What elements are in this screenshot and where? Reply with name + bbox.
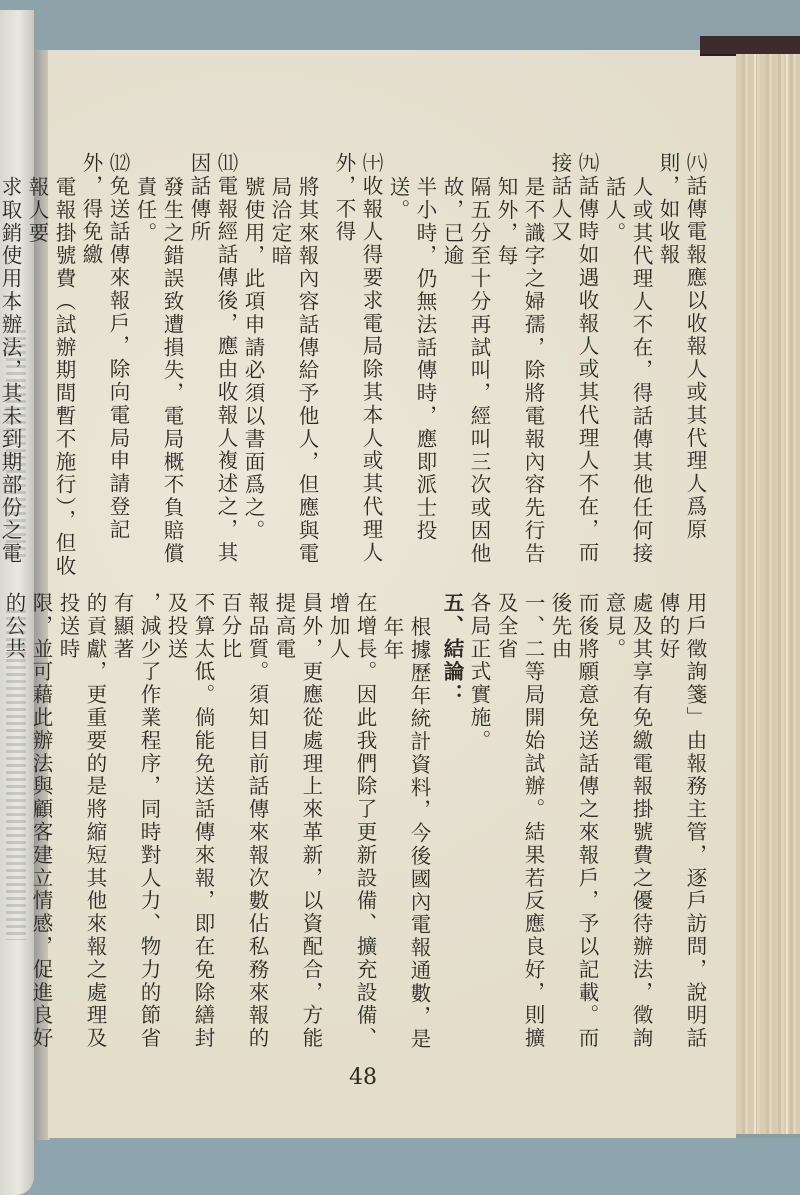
text-line: 收報人得要求電局除其本人或其代理人外，不得 — [332, 152, 383, 564]
item-marker: ⑿ — [106, 152, 130, 175]
book-cover-edge — [700, 36, 800, 56]
text-line: 將其來報內容話傳給予他人，但應與電局洽定暗 — [266, 152, 320, 582]
page-stack-line — [786, 54, 788, 1134]
text-band-upper: ㈧話傳電報應以收報人或其代理人爲原則，如收報 人或其代理人不在，得話傳其他任何接… — [88, 152, 708, 582]
text-line: 電報掛號費（試辦期間暫不施行），但收報人要 — [23, 152, 77, 582]
page-stack-edge — [736, 54, 800, 1134]
text-line: 報品質。須知目前話傳來報次數佔私務來報的百分比 — [216, 592, 270, 1052]
text-line: 在增長。因此我們除了更新設備、擴充設備、增加人 — [324, 592, 378, 1052]
text-line: 限，並可藉此辦法與顧客建立情感，促進良好的公共 — [0, 592, 54, 1052]
text-line: 根據歷年統計資料，今後國內電報通數，是年年 — [378, 592, 432, 1052]
page-number: 48 — [349, 1065, 377, 1090]
text-line: 免送話傳來報戶，除向電局申請登記外，得免繳 — [79, 152, 130, 541]
item-12: ⑿免送話傳來報戶，除向電局申請登記外，得免繳 — [77, 152, 131, 582]
section-heading-5: 五、結論： — [438, 592, 465, 1052]
text-line: 用戶徵詢箋」由報務主管，逐戶訪問，說明話傳的好 — [654, 592, 708, 1052]
item-11: ⑾電報經話傳後，應由收報人複述之，其因話傳所 — [185, 152, 239, 582]
text-line: 號使用，此項申請必須以書面爲之。 — [239, 152, 266, 582]
background-bottom — [0, 1138, 800, 1195]
page-stack-line — [754, 54, 756, 1134]
text-line: 話傳時如遇收報人或其代理人不在，而接話人又 — [548, 152, 599, 564]
item-10: ㈩收報人得要求電局除其本人或其代理人外，不得 — [330, 152, 384, 582]
item-marker: ㈩ — [359, 152, 383, 175]
text-line: 處及其享有免繳電報掛號費之優待辦法，徵詢意見。 — [600, 592, 654, 1052]
text-line: 而後將願意免送話傳之來報戶，予以記載。而後先由 — [546, 592, 600, 1052]
text-line: 是不識字之婦孺，除將電報內容先行告知外，每 — [492, 152, 546, 582]
text-line: 各局正式實施。 — [465, 592, 492, 1052]
text-line: 的貢獻，更重要的是將縮短其他來報之處理及投送時 — [54, 592, 108, 1052]
text-band-lower: 用戶徵詢箋」由報務主管，逐戶訪問，說明話傳的好 處及其享有免繳電報掛號費之優待辦… — [88, 592, 708, 1052]
item-9: ㈨話傳時如遇收報人或其代理人不在，而接話人又 — [546, 152, 600, 582]
text-line: ，減少了作業程序，同時對人力、物力的節省有顯著 — [108, 592, 162, 1052]
background-top — [0, 0, 800, 52]
text-line: 發生之錯誤致遭損失，電局概不負賠償責任。 — [131, 152, 185, 582]
text-line: 半小時，仍無法話傳時，應即派士投送。 — [384, 152, 438, 582]
text-line: 不算太低。倘能免送話傳來報，即在免除繕封及投送 — [162, 592, 216, 1052]
item-marker: ㈧ — [683, 152, 707, 175]
text-line: 人或其代理人不在，得話傳其他任何接話人。 — [600, 152, 654, 582]
text-line: 一、二等局開始試辦。結果若反應良好，則擴及全省 — [492, 592, 546, 1052]
item-marker: ㈨ — [575, 152, 599, 175]
text-line: 話傳電報應以收報人或其代理人爲原則，如收報 — [656, 152, 707, 541]
text-line: 電報經話傳後，應由收報人複述之，其因話傳所 — [187, 152, 238, 564]
item-8: ㈧話傳電報應以收報人或其代理人爲原則，如收報 — [654, 152, 708, 582]
text-line: 求取銷使用本辦法，其未到期部份之電報掛號費 — [0, 152, 23, 582]
text-line: 隔五分至十分再試叫，經叫三次或因他故，已逾 — [438, 152, 492, 582]
item-marker: ⑾ — [214, 152, 238, 175]
text-line: 員外，更應從處理上來革新，以資配合，方能提高電 — [270, 592, 324, 1052]
